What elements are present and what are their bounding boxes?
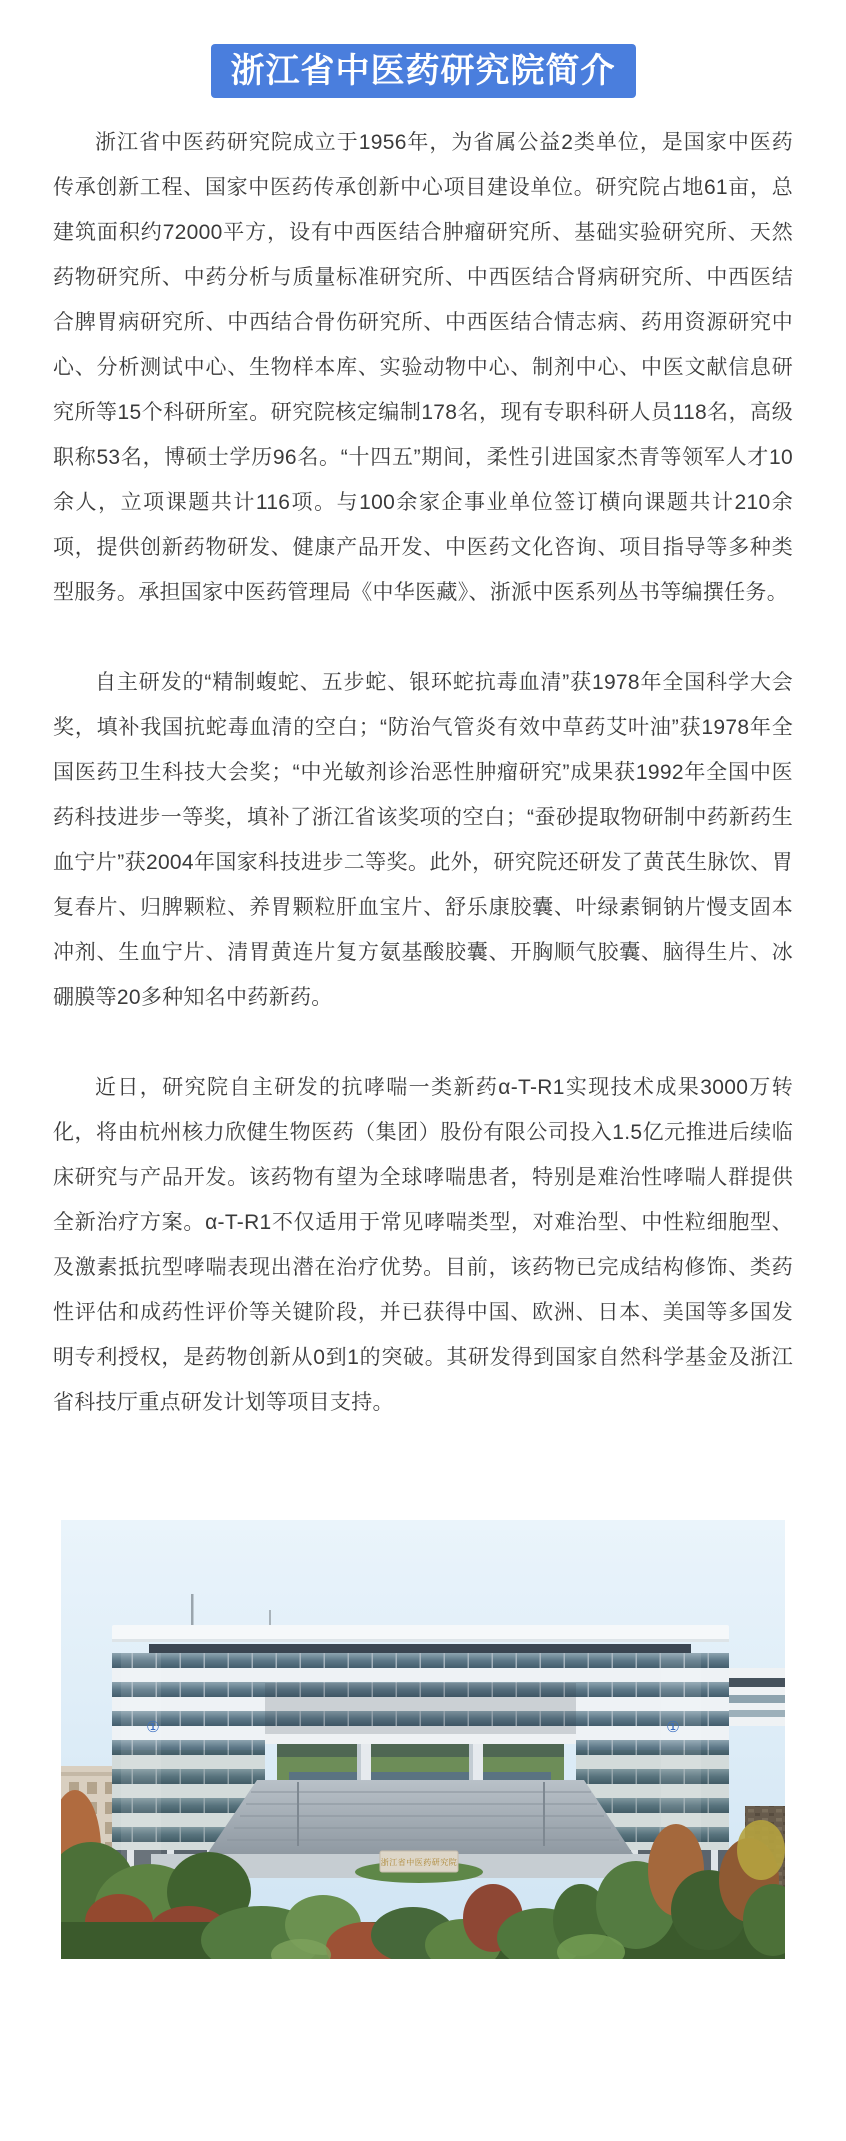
building-photo: ① ① 浙江省中医药研究院 [61,1520,785,1959]
news-paragraph: 近日，研究院自主研发的抗哮喘一类新药α-T-R1实现技术成果3000万转化，将由… [53,1065,793,1425]
entrance-sign-text: 浙江省中医药研究院 [381,1857,458,1867]
roof-antenna [191,1594,194,1627]
article-body: 浙江省中医药研究院成立于1956年，为省属公益2类单位，是国家中医药传承创新工程… [53,98,793,1959]
lamp-post-left [297,1782,299,1846]
roof-antenna-2 [269,1610,271,1627]
article-page: 浙江省中医药研究院简介 浙江省中医药研究院成立于1956年，为省属公益2类单位，… [0,0,846,2141]
page-title: 浙江省中医药研究院简介 [231,52,616,90]
title-banner: 浙江省中医药研究院简介 [211,44,636,98]
intro-paragraph: 浙江省中医药研究院成立于1956年，为省属公益2类单位，是国家中医药传承创新工程… [53,120,793,615]
building-photo-graphic: ① ① 浙江省中医药研究院 [61,1520,785,1959]
achievements-paragraph: 自主研发的“精制蝮蛇、五步蛇、银环蛇抗毒血清”获1978年全国科学大会奖，填补我… [53,660,793,1020]
front-steps [207,1780,633,1854]
building-badge-right: ① [666,1719,679,1736]
building-badge-left: ① [146,1719,159,1736]
header: 浙江省中医药研究院简介 [0,44,846,98]
lamp-post-right [543,1782,545,1846]
